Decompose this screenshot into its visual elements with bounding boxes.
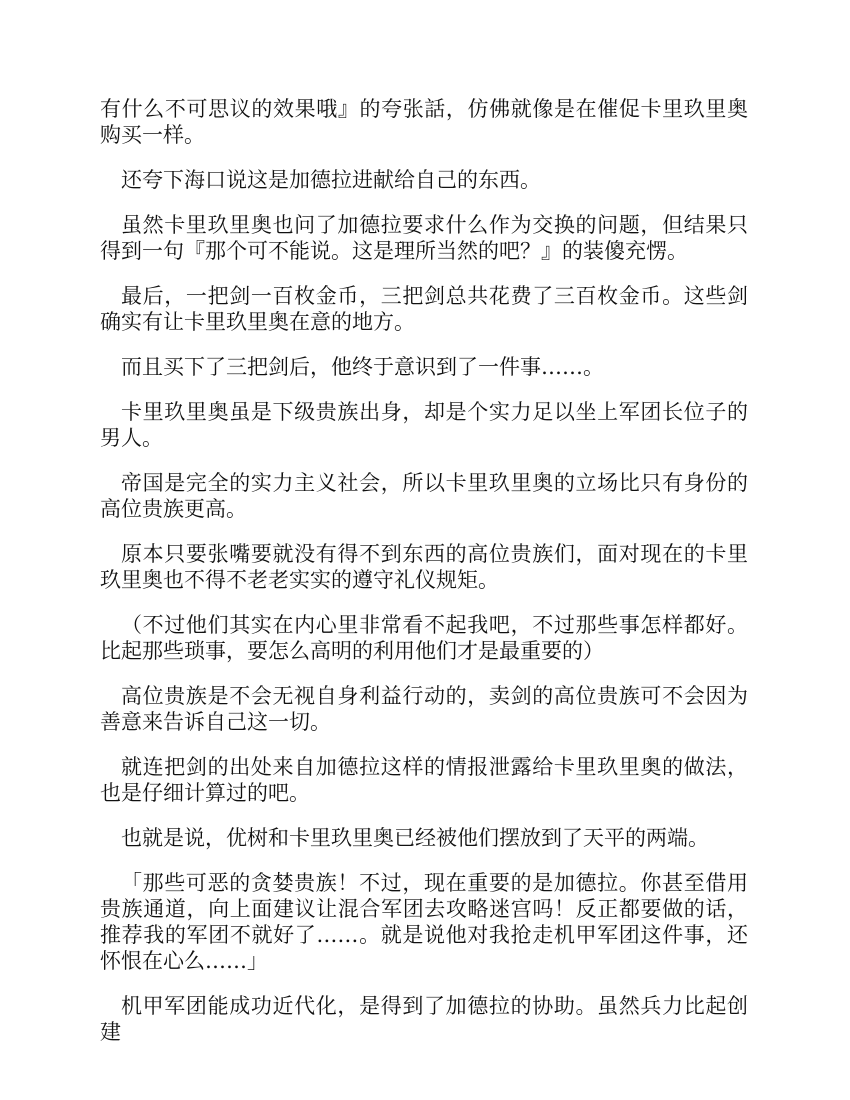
paragraph: 还夸下海口说这是加德拉进献给自己的东西。 — [100, 167, 748, 193]
paragraph: 机甲军团能成功近代化，是得到了加德拉的协助。虽然兵力比起创建 — [100, 993, 748, 1045]
paragraph: （不过他们其实在内心里非常看不起我吧，不过那些事怎样都好。比起那些琐事，要怎么高… — [100, 612, 748, 664]
paragraph: 也就是说，优树和卡里玖里奥已经被他们摆放到了天平的两端。 — [100, 825, 748, 851]
paragraph: 「那些可恶的贪婪贵族！不过，现在重要的是加德拉。你甚至借用贵族通道，向上面建议让… — [100, 870, 748, 974]
paragraph: 虽然卡里玖里奥也问了加德拉要求什么作为交换的问题，但结果只得到一句『那个可不能说… — [100, 212, 748, 264]
paragraph: 就连把剑的出处来自加德拉这样的情报泄露给卡里玖里奥的做法，也是仔细计算过的吧。 — [100, 754, 748, 806]
paragraph: 原本只要张嘴要就没有得不到东西的高位贵族们，面对现在的卡里玖里奥也不得不老老实实… — [100, 541, 748, 593]
paragraph: 有什么不可思议的效果哦』的夸张話，仿佛就像是在催促卡里玖里奥购买一样。 — [100, 96, 748, 148]
document-page: 有什么不可思议的效果哦』的夸张話，仿佛就像是在催促卡里玖里奥购买一样。 还夸下海… — [100, 96, 748, 1064]
paragraph: 卡里玖里奥虽是下级贵族出身，却是个实力足以坐上军团长位子的男人。 — [100, 399, 748, 451]
paragraph: 帝国是完全的实力主义社会，所以卡里玖里奥的立场比只有身份的高位贵族更高。 — [100, 470, 748, 522]
paragraph: 最后，一把剑一百枚金币，三把剑总共花费了三百枚金币。这些剑确实有让卡里玖里奥在意… — [100, 283, 748, 335]
paragraph: 高位贵族是不会无视自身利益行动的，卖剑的高位贵族可不会因为善意来告诉自己这一切。 — [100, 683, 748, 735]
paragraph: 而且买下了三把剑后，他终于意识到了一件事……。 — [100, 354, 748, 380]
